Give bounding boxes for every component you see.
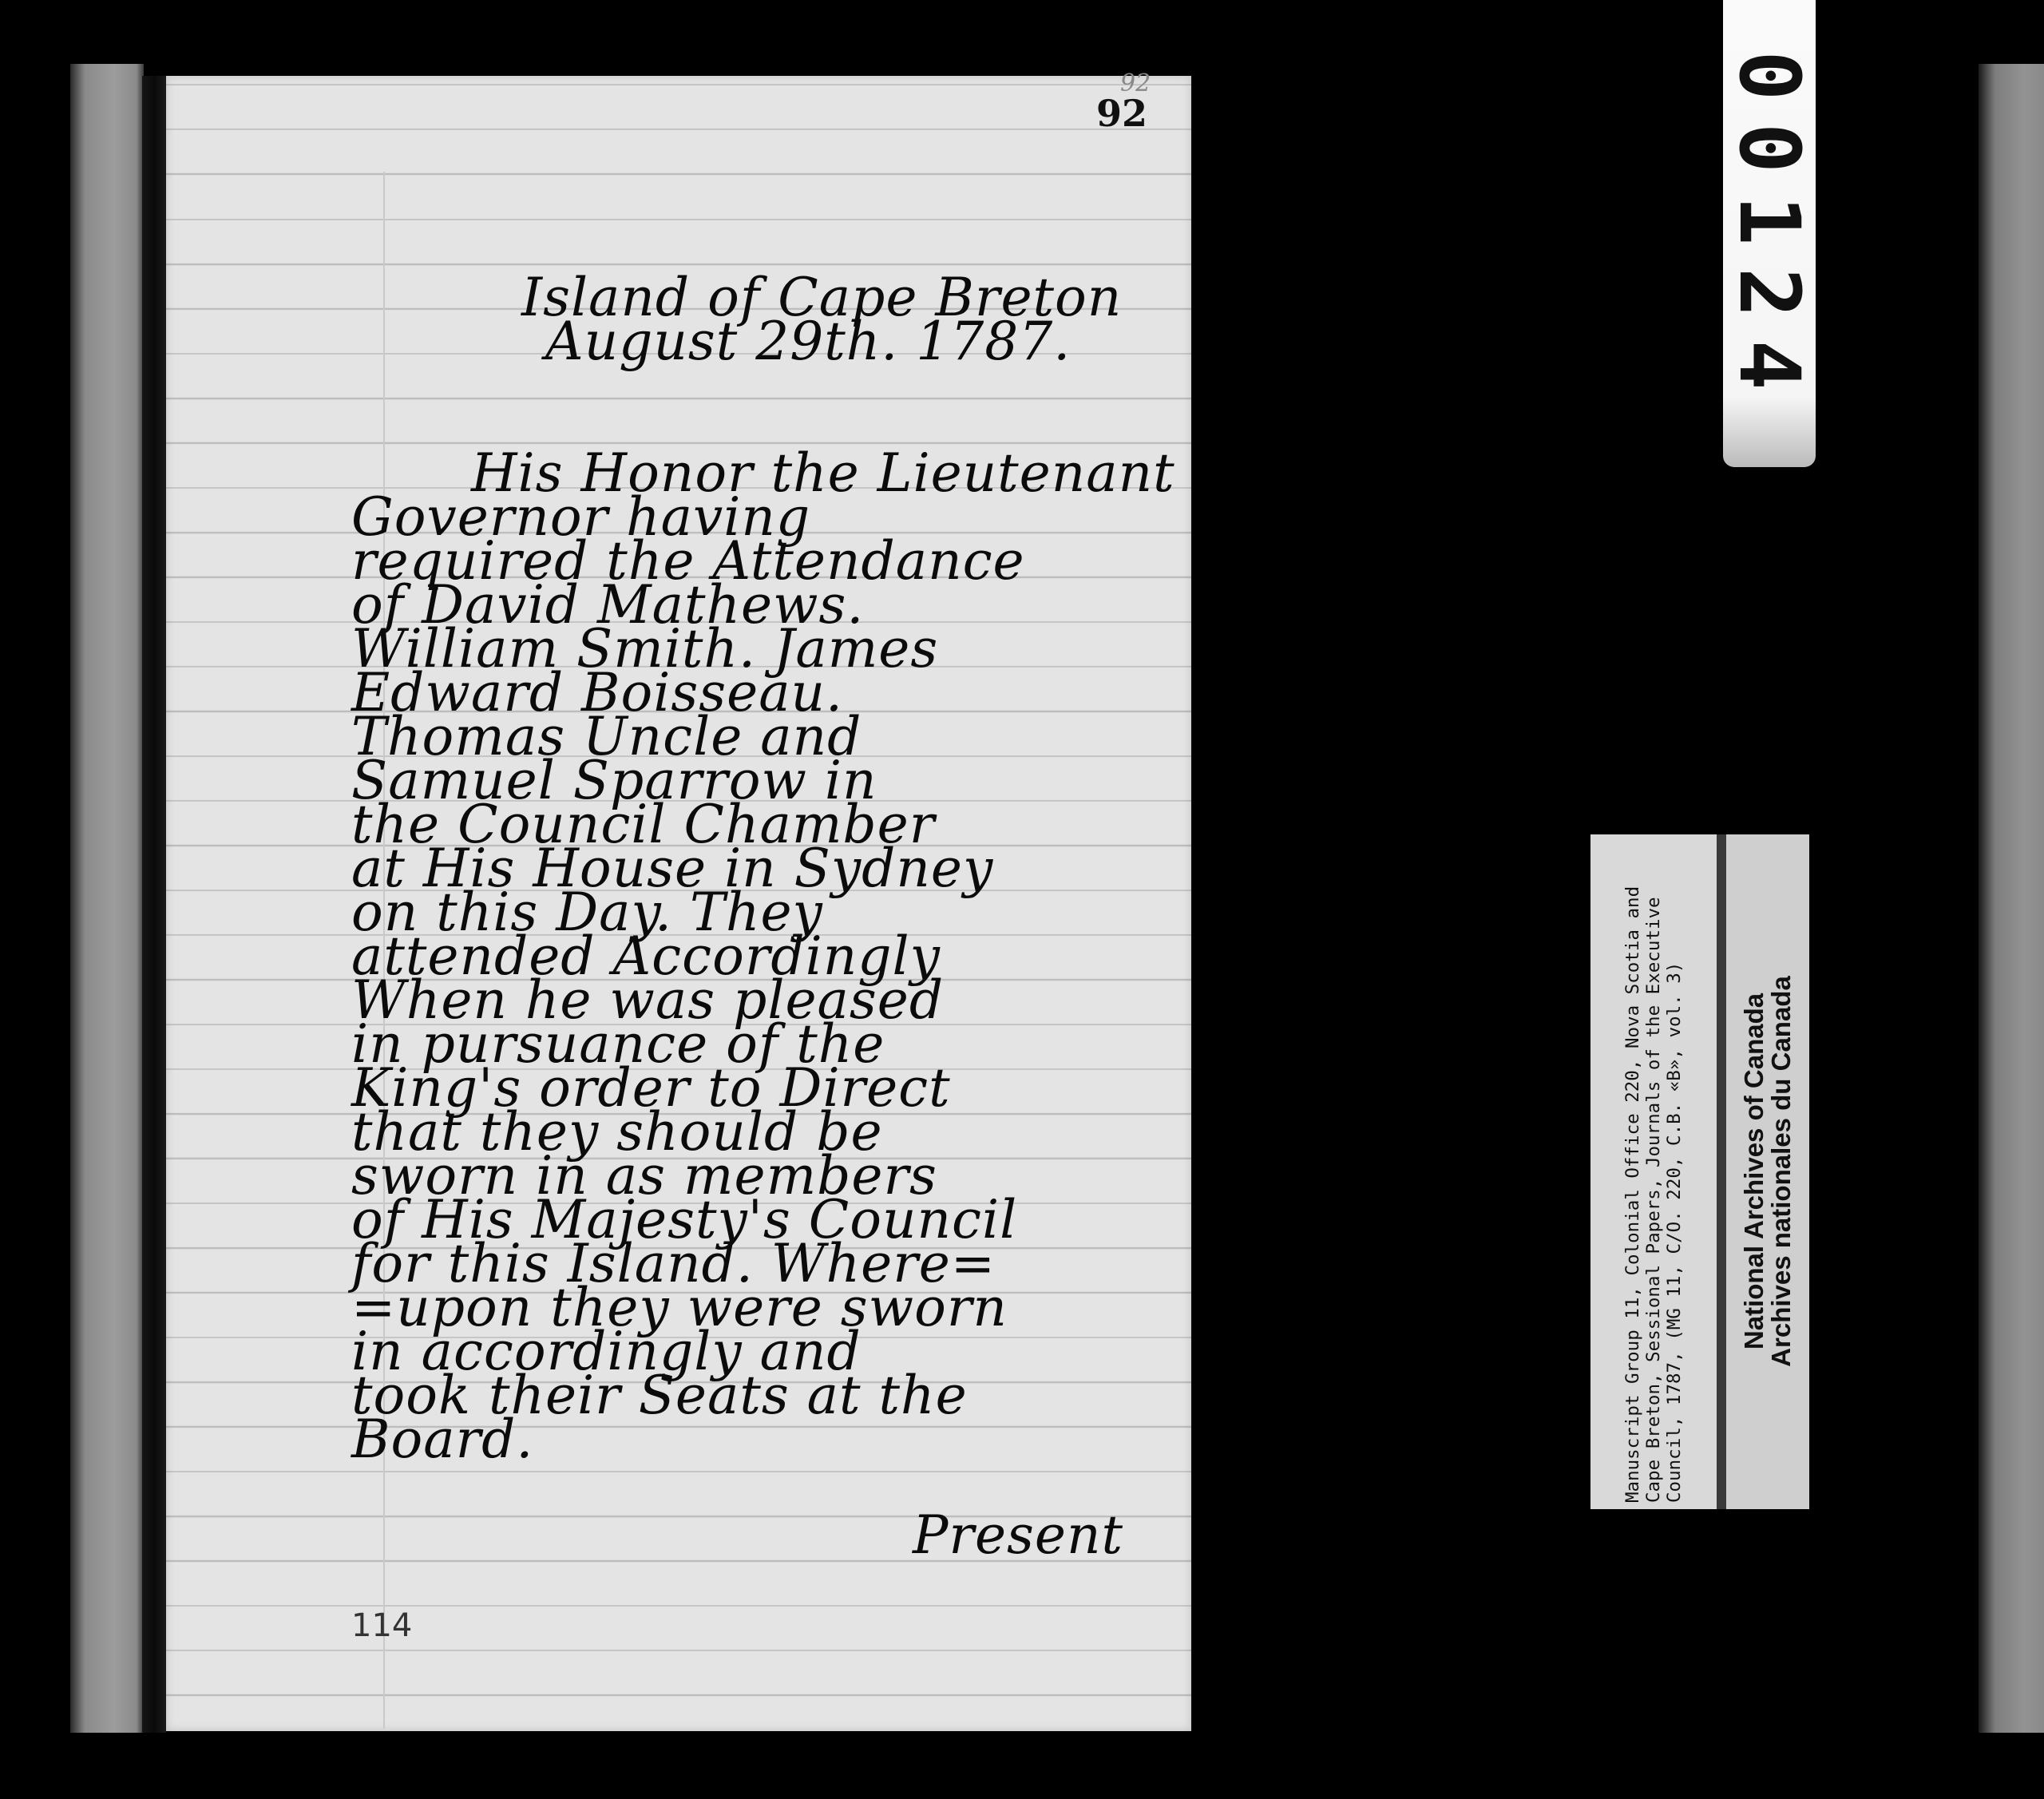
citation-line: Council, 1787, (MG 11, C/O. 220, C.B. «B… [1664,840,1685,1503]
left-book-spine [70,64,144,1733]
folio-number-pencil: 114 [351,1607,412,1644]
journal-entry: His Honor the Lieutenant Governor having… [351,451,1175,1461]
citation-line: Manuscript Group 11, Colonial Office 220… [1622,840,1643,1503]
archives-line-fr: Archives nationales du Canada [1768,892,1795,1451]
archives-text: National Archives of Canada Archives nat… [1741,892,1795,1451]
book-gutter [142,76,166,1733]
archives-label: National Archives of Canada Archives nat… [1726,834,1809,1509]
citation-line: Cape Breton, Sessional Papers, Journals … [1643,840,1664,1503]
archives-line-en: National Archives of Canada [1741,892,1768,1451]
manuscript-page: 92 92 Island of Cape Breton August 29th.… [166,76,1191,1731]
closing-present: Present [913,1513,1123,1557]
frame-counter-strip: 00124 [1723,0,1816,467]
citation-text: Manuscript Group 11, Colonial Office 220… [1622,840,1685,1503]
page-number: 92 [1096,92,1147,135]
right-page-edge [1979,64,2044,1733]
frame-counter: 00124 [1721,50,1818,412]
citation-label: Manuscript Group 11, Colonial Office 220… [1590,834,1717,1509]
heading-date: August 29th. 1787. [545,319,1071,363]
